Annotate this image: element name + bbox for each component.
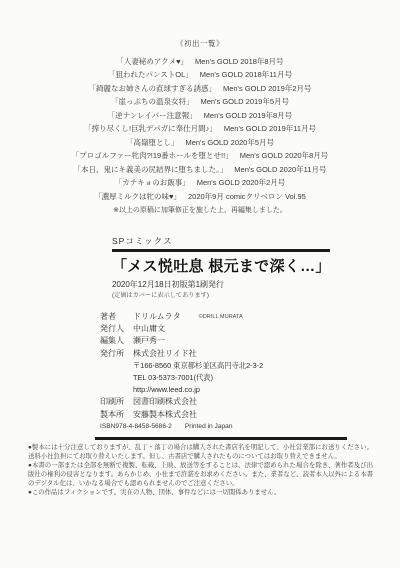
entry-title: 「高嶺堕とし」 bbox=[126, 138, 179, 147]
book-title: 「メス悦吐息 根元まで深く…」 bbox=[112, 257, 334, 276]
credit-value: 中山庸文 bbox=[133, 323, 165, 335]
credit-role: 発行人 bbox=[100, 323, 133, 335]
publication-entry: 「人妻秘めアクメ♥」Men's GOLD 2018年8月号 bbox=[0, 55, 400, 69]
publication-entry: 「綺麗なお姉さんの直球すぎる誘惑」Men's GOLD 2019年2月号 bbox=[0, 82, 400, 96]
entry-title: 「崖っぷちの温泉女将」 bbox=[111, 97, 194, 106]
publication-entry: 「逆ナンレイパー注意報」Men's GOLD 2019年8月号 bbox=[0, 109, 400, 123]
credit-row-printer: 印刷所 図書印刷株式会社 bbox=[100, 396, 360, 408]
first-publication-list: 《初出一覧》 「人妻秘めアクメ♥」Men's GOLD 2018年8月号 「狙わ… bbox=[0, 38, 400, 217]
legal-rule bbox=[95, 437, 347, 440]
credit-value: 株式会社リイド社 bbox=[133, 348, 197, 360]
credit-role: 発行所 bbox=[100, 348, 133, 360]
publication-entry: 「搾り尽くし!巨乳デパガに奉仕月間♪」Men's GOLD 2019年11月号 bbox=[0, 122, 400, 136]
price-note: (定価はカバーに表示してあります) bbox=[112, 291, 334, 300]
entry-source: 2020年9月 comicクリベロン Vol.95 bbox=[188, 192, 306, 201]
credit-role: 著者 bbox=[100, 311, 133, 323]
reedit-note: ※以上の原稿に加筆修正を施した上、再編集しました。 bbox=[0, 204, 400, 217]
publication-entry: 「本日、鬼にキ義美の尻結界に堕ちました。」Men's GOLD 2020年11月… bbox=[0, 163, 400, 177]
colophon-title-block: SPコミックス 「メス悦吐息 根元まで深く…」 2020年12月18日初版第1刷… bbox=[112, 236, 334, 300]
entry-source: Men's GOLD 2018年11月号 bbox=[200, 70, 292, 79]
credits-block: 著者 ドリルムラタ ©DRILL MURATA 発行人 中山庸文 編集人 瀬戸秀… bbox=[100, 311, 360, 433]
first-publication-heading: 《初出一覧》 bbox=[0, 38, 400, 50]
entry-title: 「搾り尽くし!巨乳デパガに奉仕月間♪」 bbox=[84, 124, 217, 133]
credit-value: 安藤製本株式会社 bbox=[133, 409, 197, 421]
publication-entries: 「人妻秘めアクメ♥」Men's GOLD 2018年8月号 「狙われたパンストO… bbox=[0, 55, 400, 204]
entry-title: 「綺麗なお姉さんの直球すぎる誘惑」 bbox=[88, 84, 216, 93]
printed-in-japan: Printed in Japan bbox=[185, 421, 233, 433]
entry-title: 「狙われたパンストOL」 bbox=[108, 70, 193, 79]
entry-source: Men's GOLD 2020年8月号 bbox=[240, 151, 329, 160]
publication-entry: 「崖っぷちの温泉女将」Men's GOLD 2019年5月号 bbox=[0, 95, 400, 109]
copyright-credit: ©DRILL MURATA bbox=[199, 311, 243, 323]
credit-value: ドリルムラタ bbox=[133, 311, 181, 323]
credit-row-binder: 製本所 安藤製本株式会社 bbox=[100, 409, 360, 421]
entry-source: Men's GOLD 2018年8月号 bbox=[195, 57, 284, 66]
publication-entry: 「プロゴルファー牝肉?!19番ホールを堕とせ!!」Men's GOLD 2020… bbox=[0, 149, 400, 163]
publication-entry: 「濃厚ミルクは牝の味♥」2020年9月 comicクリベロン Vol.95 bbox=[0, 190, 400, 204]
publisher-address: 〒166-8560 東京都杉並区高円寺北2-3-2 bbox=[100, 360, 360, 372]
credit-role: 製本所 bbox=[100, 409, 133, 421]
legal-notes: ●製本には十分注意しておりますが、乱丁・落丁の場合は購入された書店名を明記して、… bbox=[28, 444, 373, 497]
series-label: SPコミックス bbox=[112, 236, 334, 247]
credit-row-editor: 編集人 瀬戸秀一 bbox=[100, 335, 360, 347]
title-rule bbox=[112, 249, 330, 252]
publication-entry: 「高嶺堕とし」Men's GOLD 2020年5月号 bbox=[0, 136, 400, 150]
isbn: ISBN978-4-8458-5686-2 bbox=[100, 421, 172, 433]
legal-paragraph-binding: ●製本には十分注意しておりますが、乱丁・落丁の場合は購入された書店名を明記して、… bbox=[28, 444, 373, 462]
legal-paragraph-copyright: ●本書の一部または全部を無断で複製、転載、上映、放送等をすることは、法律で認めら… bbox=[28, 462, 373, 489]
entry-title: 「逆ナンレイパー注意報」 bbox=[108, 111, 197, 120]
credit-value: 図書印刷株式会社 bbox=[133, 396, 197, 408]
entry-source: Men's GOLD 2019年5月号 bbox=[200, 97, 289, 106]
entry-source: Men's GOLD 2020年5月号 bbox=[185, 138, 274, 147]
entry-title: 「人妻秘めアクメ♥」 bbox=[116, 57, 188, 66]
entry-source: Men's GOLD 2020年2月号 bbox=[197, 178, 286, 187]
entry-source: Men's GOLD 2019年2月号 bbox=[223, 84, 312, 93]
colophon-page: 《初出一覧》 「人妻秘めアクメ♥」Men's GOLD 2018年8月号 「狙わ… bbox=[0, 0, 400, 568]
isbn-row: ISBN978-4-8458-5686-2 Printed in Japan bbox=[100, 421, 360, 433]
entry-source: Men's GOLD 2019年11月号 bbox=[224, 124, 316, 133]
entry-source: Men's GOLD 2020年11月号 bbox=[234, 165, 326, 174]
credit-value: 瀬戸秀一 bbox=[133, 335, 165, 347]
publication-entry: 「狙われたパンストOL」Men's GOLD 2018年11月号 bbox=[0, 68, 400, 82]
entry-title: 「濃厚ミルクは牝の味♥」 bbox=[94, 192, 181, 201]
entry-title: 「本日、鬼にキ義美の尻結界に堕ちました。」 bbox=[74, 165, 228, 174]
credit-role: 編集人 bbox=[100, 335, 133, 347]
publisher-tel: TEL 03-5373-7001(代表) bbox=[100, 372, 360, 384]
edition-date: 2020年12月18日初版第1刷発行 bbox=[112, 279, 334, 290]
entry-source: Men's GOLD 2019年8月号 bbox=[204, 111, 293, 120]
publisher-url: http://www.leed.co.jp bbox=[100, 384, 360, 396]
credit-row-author: 著者 ドリルムラタ ©DRILL MURATA bbox=[100, 311, 360, 323]
entry-title: 「プロゴルファー牝肉?!19番ホールを堕とせ!!」 bbox=[72, 151, 233, 160]
credit-role: 印刷所 bbox=[100, 396, 133, 408]
legal-paragraph-fiction: ●この作品はフィクションです。実在の人物、団体、事件などには一切関係ありません。 bbox=[28, 489, 373, 498]
entry-title: 「カテキョのお飯事」 bbox=[115, 178, 190, 187]
publication-entry: 「カテキョのお飯事」Men's GOLD 2020年2月号 bbox=[0, 176, 400, 190]
credit-row-publisher: 発行所 株式会社リイド社 bbox=[100, 348, 360, 360]
credit-row-publisher-person: 発行人 中山庸文 bbox=[100, 323, 360, 335]
